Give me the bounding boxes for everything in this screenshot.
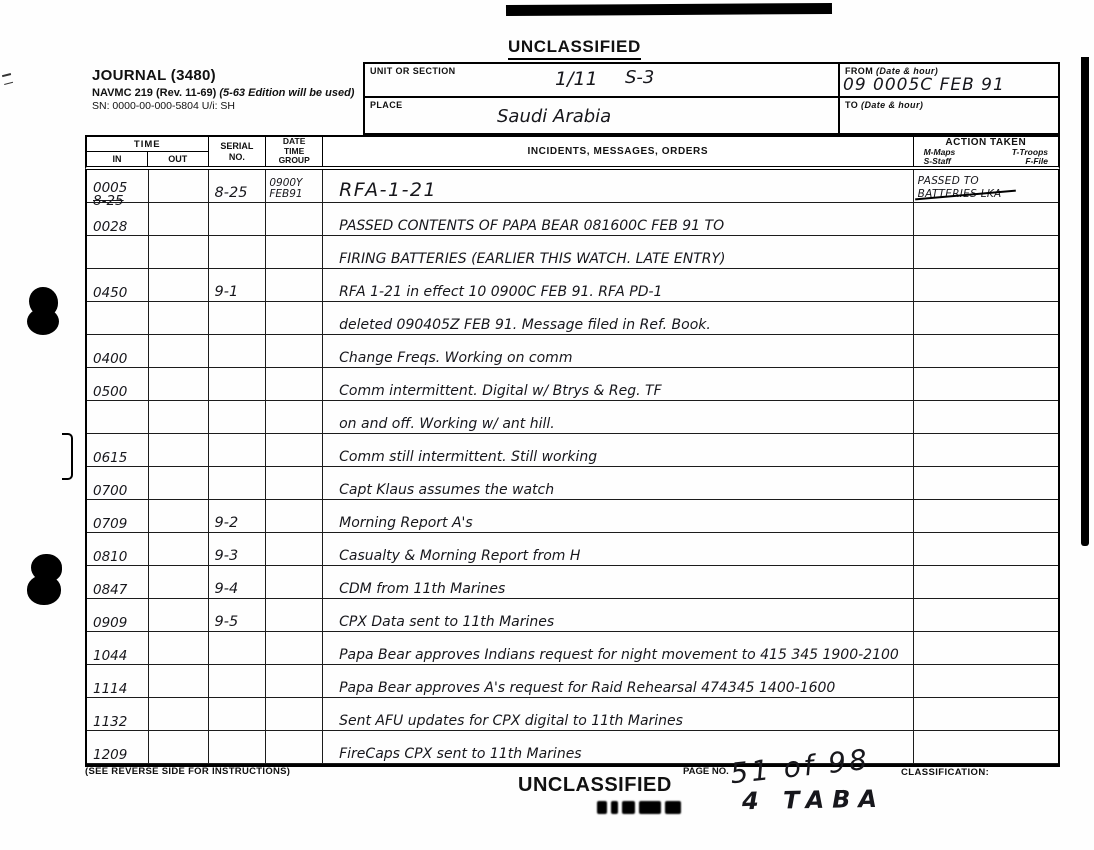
time-in-cell: 0400 xyxy=(87,335,149,367)
time-in-cell: 0005 8-25 xyxy=(87,170,149,202)
to-qualifier: (Date & hour) xyxy=(861,100,923,110)
to-label: TO (Date & hour) xyxy=(840,98,1058,110)
time-out-cell xyxy=(149,203,209,235)
journal-row: 0810 9-3 Casualty & Morning Report from … xyxy=(87,533,1058,566)
message-cell: Casualty & Morning Report from H xyxy=(323,533,914,565)
serial-cell xyxy=(209,401,267,433)
serial-cell: 8-25 xyxy=(209,170,267,202)
time-in-value: 1114 xyxy=(93,683,127,696)
dtg-cell xyxy=(266,533,323,565)
form-id-block: JOURNAL (3480) NAVMC 219 (Rev. 11-69) (5… xyxy=(92,66,354,113)
dtg-cell: 0900Y FEB91 xyxy=(266,170,323,202)
message-text: CPX Data sent to 11th Marines xyxy=(339,614,554,630)
time-in-value: 0400 xyxy=(93,353,127,366)
time-in-cell: 1044 xyxy=(87,632,149,664)
serial-cell: 9-3 xyxy=(209,533,267,565)
message-cell: CDM from 11th Marines xyxy=(323,566,914,598)
time-out-cell xyxy=(149,269,209,301)
time-in-value: 0709 xyxy=(93,518,127,531)
action-cell xyxy=(914,566,1058,598)
message-cell: FIRING BATTERIES (EARLIER THIS WATCH. LA… xyxy=(323,236,914,268)
margin-ink-mark xyxy=(2,73,13,85)
action-cell xyxy=(914,368,1058,400)
journal-row: deleted 090405Z FEB 91. Message filed in… xyxy=(87,302,1058,335)
serial-value: 9-5 xyxy=(215,614,239,630)
serial-cell xyxy=(209,731,267,763)
time-header-label: TIME xyxy=(87,137,208,152)
dtg-cell xyxy=(266,236,323,268)
serial-value: 8-25 xyxy=(215,185,248,201)
journal-row: 0450 9-1 RFA 1-21 in effect 10 0900C FEB… xyxy=(87,269,1058,302)
time-in-cell: 1114 xyxy=(87,665,149,697)
action-cell xyxy=(914,236,1058,268)
message-text: RFA 1-21 in effect 10 0900C FEB 91. RFA … xyxy=(339,284,662,300)
message-text: CDM from 11th Marines xyxy=(339,581,505,597)
time-out-cell xyxy=(149,698,209,730)
journal-row: 0005 8-25 8-25 0900Y FEB91 RFA-1-21 xyxy=(87,170,1058,203)
action-cell xyxy=(914,731,1058,763)
message-text: on and off. Working w/ ant hill. xyxy=(339,416,555,432)
dtg-cell xyxy=(266,467,323,499)
time-out-cell xyxy=(149,236,209,268)
form-subtitle-plain: NAVMC 219 (Rev. 11-69) xyxy=(92,87,219,99)
time-in-value: 0810 xyxy=(93,551,127,564)
dtg-cell xyxy=(266,632,323,664)
section-value: S-3 xyxy=(625,67,654,88)
form-title: JOURNAL (3480) xyxy=(92,66,354,86)
time-in-value: 0615 xyxy=(93,452,127,465)
time-in-value: 0500 xyxy=(93,386,127,399)
serial-value: 9-3 xyxy=(215,548,239,564)
message-text: Change Freqs. Working on comm xyxy=(339,350,572,366)
serial-cell xyxy=(209,368,267,400)
journal-row: 0709 9-2 Morning Report A's xyxy=(87,500,1058,533)
serial-cell: 9-2 xyxy=(209,500,267,532)
message-cell: Papa Bear approves Indians request for n… xyxy=(323,632,914,664)
unit-value: 1/11 xyxy=(555,68,598,90)
time-in-cell xyxy=(87,401,149,433)
dtg-cell xyxy=(266,665,323,697)
time-in-cell xyxy=(87,236,149,268)
message-text: Papa Bear approves Indians request for n… xyxy=(339,647,899,663)
time-in-cell: 1209 xyxy=(87,731,149,763)
journal-row: 0028 PASSED CONTENTS OF PAPA BEAR 081600… xyxy=(87,203,1058,236)
time-in-cell: 1132 xyxy=(87,698,149,730)
unit-or-section-label: UNIT OR SECTION xyxy=(365,64,838,76)
dtg-cell xyxy=(266,368,323,400)
time-in-cell: 0615 xyxy=(87,434,149,466)
serial-value: 9-1 xyxy=(215,284,239,300)
dtg-cell xyxy=(266,566,323,598)
time-in-cell: 0700 xyxy=(87,467,149,499)
time-out-header: OUT xyxy=(148,152,208,166)
time-in-value: 1132 xyxy=(93,716,127,729)
action-text-l1: PASSED TO xyxy=(918,175,1002,188)
legend-file: F-File xyxy=(1025,157,1048,167)
time-out-cell xyxy=(149,500,209,532)
ink-blot xyxy=(27,575,61,605)
serial-cell xyxy=(209,203,267,235)
time-out-cell xyxy=(149,632,209,664)
action-cell xyxy=(914,533,1058,565)
time-in-value: 1044 xyxy=(93,650,127,663)
time-in-cell: 0500 xyxy=(87,368,149,400)
top-classification: UNCLASSIFIED xyxy=(508,37,641,60)
incidents-header: INCIDENTS, MESSAGES, ORDERS xyxy=(323,137,914,166)
illegible-stamp xyxy=(597,801,681,814)
serial-value: 9-4 xyxy=(215,581,239,597)
time-in-value: 0847 xyxy=(93,584,127,597)
time-in-value: 0450 xyxy=(93,287,127,300)
time-out-cell xyxy=(149,335,209,367)
form-stock-number: SN: 0000-00-000-5804 U/i: SH xyxy=(92,100,354,114)
dtg-cell xyxy=(266,698,323,730)
legend-staff: S-Staff xyxy=(924,157,951,167)
serial-cell xyxy=(209,236,267,268)
message-cell: deleted 090405Z FEB 91. Message filed in… xyxy=(323,302,914,334)
time-out-cell xyxy=(149,731,209,763)
serial-header-l2: NO. xyxy=(229,152,245,163)
journal-row: 1114 Papa Bear approves A's request for … xyxy=(87,665,1058,698)
unit-or-section-box: UNIT OR SECTION xyxy=(363,62,840,98)
message-cell: Morning Report A's xyxy=(323,500,914,532)
time-out-cell xyxy=(149,467,209,499)
action-cell xyxy=(914,599,1058,631)
from-value: 09 0005C FEB 91 xyxy=(843,75,1005,95)
serial-value: 9-2 xyxy=(215,515,239,531)
message-text: Sent AFU updates for CPX digital to 11th… xyxy=(339,713,683,729)
action-cell xyxy=(914,203,1058,235)
journal-table-header: TIME IN OUT SERIAL NO. DATE TIME GROUP I… xyxy=(85,135,1060,170)
action-text-l2: BATTERIES LKA xyxy=(918,188,1002,201)
form-subtitle-italic: (5-63 Edition will be used) xyxy=(219,87,354,99)
time-in-value: 0909 xyxy=(93,617,127,630)
message-cell: Papa Bear approves A's request for Raid … xyxy=(323,665,914,697)
action-taken-header: ACTION TAKEN M-Maps T-Troops S-Staff F-F… xyxy=(914,137,1058,166)
dtg-cell xyxy=(266,335,323,367)
message-text: Comm still intermittent. Still working xyxy=(339,449,597,465)
message-text: deleted 090405Z FEB 91. Message filed in… xyxy=(339,317,711,333)
journal-row: 1209 FireCaps CPX sent to 11th Marines xyxy=(87,731,1058,764)
time-in-value: 1209 xyxy=(93,749,127,762)
message-text: FIRING BATTERIES (EARLIER THIS WATCH. LA… xyxy=(339,251,725,267)
action-cell xyxy=(914,665,1058,697)
journal-row: 1044 Papa Bear approves Indians request … xyxy=(87,632,1058,665)
time-in-cell: 0909 xyxy=(87,599,149,631)
bottom-classification: UNCLASSIFIED xyxy=(518,774,672,797)
dtg-cell xyxy=(266,302,323,334)
message-cell: RFA 1-21 in effect 10 0900C FEB 91. RFA … xyxy=(323,269,914,301)
serial-cell xyxy=(209,434,267,466)
action-cell xyxy=(914,467,1058,499)
time-in-cell: 0028 xyxy=(87,203,149,235)
scan-edge-bar xyxy=(1081,57,1089,546)
journal-row: 0400 Change Freqs. Working on comm xyxy=(87,335,1058,368)
dtg-cell xyxy=(266,731,323,763)
instructions-note: (SEE REVERSE SIDE FOR INSTRUCTIONS) xyxy=(85,766,290,777)
serial-cell: 9-1 xyxy=(209,269,267,301)
dtg-header-l3: GROUP xyxy=(279,156,310,166)
message-cell: Sent AFU updates for CPX digital to 11th… xyxy=(323,698,914,730)
message-cell: Capt Klaus assumes the watch xyxy=(323,467,914,499)
message-text: Comm intermittent. Digital w/ Btrys & Re… xyxy=(339,383,662,399)
time-out-cell xyxy=(149,599,209,631)
journal-row: 1132 Sent AFU updates for CPX digital to… xyxy=(87,698,1058,731)
dtg-cell xyxy=(266,203,323,235)
journal-page: UNCLASSIFIED JOURNAL (3480) NAVMC 219 (R… xyxy=(0,0,1094,850)
action-cell xyxy=(914,335,1058,367)
journal-row: 0700 Capt Klaus assumes the watch xyxy=(87,467,1058,500)
journal-row: 0500 Comm intermittent. Digital w/ Btrys… xyxy=(87,368,1058,401)
time-in-cell: 0847 xyxy=(87,566,149,598)
time-in-cell xyxy=(87,302,149,334)
message-text: Casualty & Morning Report from H xyxy=(339,548,580,564)
message-text: FireCaps CPX sent to 11th Marines xyxy=(339,746,582,762)
time-in-cell: 0450 xyxy=(87,269,149,301)
to-box: TO (Date & hour) xyxy=(838,96,1060,135)
time-in-value: 0028 xyxy=(93,221,127,234)
journal-row: 0615 Comm still intermittent. Still work… xyxy=(87,434,1058,467)
message-text: Papa Bear approves A's request for Raid … xyxy=(339,680,835,696)
dtg-cell xyxy=(266,269,323,301)
serial-cell: 9-4 xyxy=(209,566,267,598)
message-cell: PASSED CONTENTS OF PAPA BEAR 081600C FEB… xyxy=(323,203,914,235)
message-cell: Comm intermittent. Digital w/ Btrys & Re… xyxy=(323,368,914,400)
message-cell: RFA-1-21 xyxy=(323,170,914,202)
time-out-cell xyxy=(149,665,209,697)
action-cell xyxy=(914,698,1058,730)
serial-cell xyxy=(209,335,267,367)
time-in-header: IN xyxy=(87,152,148,166)
journal-row: on and off. Working w/ ant hill. xyxy=(87,401,1058,434)
to-label-text: TO xyxy=(845,100,861,110)
journal-row: FIRING BATTERIES (EARLIER THIS WATCH. LA… xyxy=(87,236,1058,269)
dtg-cell xyxy=(266,500,323,532)
time-in-cell: 0709 xyxy=(87,500,149,532)
action-cell: PASSED TO BATTERIES LKA xyxy=(914,170,1058,202)
dtg-cell xyxy=(266,434,323,466)
ink-blot xyxy=(27,308,59,335)
action-cell xyxy=(914,434,1058,466)
message-cell: Comm still intermittent. Still working xyxy=(323,434,914,466)
time-in-value: 0700 xyxy=(93,485,127,498)
dtg-value-l2: FEB91 xyxy=(269,189,302,200)
time-out-cell xyxy=(149,401,209,433)
time-out-cell xyxy=(149,533,209,565)
journal-row: 0847 9-4 CDM from 11th Marines xyxy=(87,566,1058,599)
handwritten-annotation: 4 TABA xyxy=(742,785,885,815)
journal-row: 0909 9-5 CPX Data sent to 11th Marines xyxy=(87,599,1058,632)
dtg-header: DATE TIME GROUP xyxy=(266,137,323,166)
margin-bracket-mark xyxy=(62,433,73,480)
message-cell: CPX Data sent to 11th Marines xyxy=(323,599,914,631)
time-header: TIME IN OUT xyxy=(87,137,209,166)
time-out-cell xyxy=(149,302,209,334)
action-cell xyxy=(914,269,1058,301)
action-cell xyxy=(914,401,1058,433)
action-taken-title: ACTION TAKEN xyxy=(945,137,1026,148)
time-out-cell xyxy=(149,434,209,466)
journal-rows: 0005 8-25 8-25 0900Y FEB91 RFA-1-21 xyxy=(85,170,1060,767)
message-text: Capt Klaus assumes the watch xyxy=(339,482,554,498)
serial-header-l1: SERIAL xyxy=(220,141,253,152)
place-value: Saudi Arabia xyxy=(497,106,611,127)
message-text: PASSED CONTENTS OF PAPA BEAR 081600C FEB… xyxy=(339,218,724,234)
form-subtitle: NAVMC 219 (Rev. 11-69) (5-63 Edition wil… xyxy=(92,86,354,100)
serial-header: SERIAL NO. xyxy=(209,137,267,166)
serial-cell xyxy=(209,665,267,697)
message-text: RFA-1-21 xyxy=(339,179,437,201)
dtg-cell xyxy=(266,401,323,433)
action-cell xyxy=(914,500,1058,532)
redaction-bar xyxy=(506,3,832,16)
time-out-cell xyxy=(149,368,209,400)
time-out-cell xyxy=(149,566,209,598)
action-cell xyxy=(914,632,1058,664)
action-cell xyxy=(914,302,1058,334)
page-no-label: PAGE NO. xyxy=(683,766,729,777)
message-cell: Change Freqs. Working on comm xyxy=(323,335,914,367)
serial-cell xyxy=(209,467,267,499)
classification-label: CLASSIFICATION: xyxy=(901,767,989,778)
serial-cell xyxy=(209,632,267,664)
serial-cell: 9-5 xyxy=(209,599,267,631)
serial-cell xyxy=(209,698,267,730)
message-cell: on and off. Working w/ ant hill. xyxy=(323,401,914,433)
dtg-cell xyxy=(266,599,323,631)
time-out-cell xyxy=(149,170,209,202)
serial-cell xyxy=(209,302,267,334)
time-in-cell: 0810 xyxy=(87,533,149,565)
message-text: Morning Report A's xyxy=(339,515,473,531)
